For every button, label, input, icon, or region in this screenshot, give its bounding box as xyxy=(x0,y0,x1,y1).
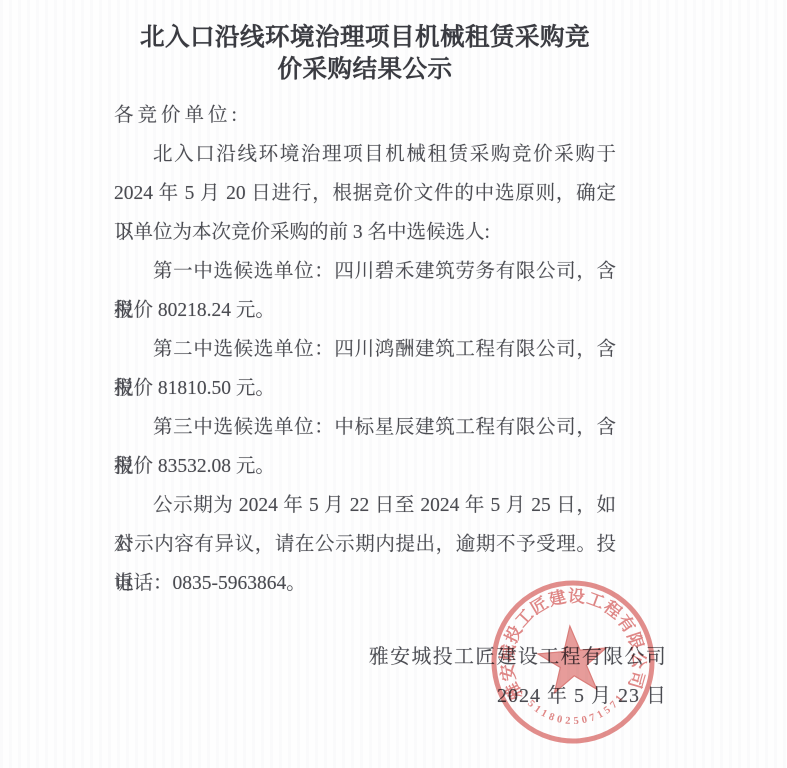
body-line: 第三中选候选单位：中标星辰建筑工程有限公司，含税 xyxy=(114,408,616,447)
title-line-2: 价采购结果公示 xyxy=(114,54,616,86)
body-lines: 北入口沿线环境治理项目机械租赁采购竞价采购于2024 年 5 月 20 日进行，… xyxy=(114,135,616,603)
title-line-1: 北入口沿线环境治理项目机械租赁采购竞 xyxy=(114,22,616,54)
body-line: 公示期为 2024 年 5 月 22 日至 2024 年 5 月 25 日，如对 xyxy=(114,486,616,525)
signature-company: 雅安城投工匠建设工程有限公司 xyxy=(369,638,667,677)
document-body: 各竞价单位: 北入口沿线环境治理项目机械租赁采购竞价采购于2024 年 5 月 … xyxy=(114,96,616,603)
signature-block: 雅安城投工匠建设工程有限公司 2024 年 5 月 23 日 xyxy=(369,638,667,716)
signature-date: 2024 年 5 月 23 日 xyxy=(369,677,667,716)
body-line: 2024 年 5 月 20 日进行，根据竞价文件的中选原则，确定以 xyxy=(114,174,616,213)
body-line: 报价 81810.50 元。 xyxy=(114,369,616,408)
body-line: 第一中选候选单位：四川碧禾建筑劳务有限公司，含税 xyxy=(114,252,616,291)
document-title: 北入口沿线环境治理项目机械租赁采购竞 价采购结果公示 xyxy=(114,22,616,86)
body-line: 报价 80218.24 元。 xyxy=(114,291,616,330)
document-page: 北入口沿线环境治理项目机械租赁采购竞 价采购结果公示 各竞价单位: 北入口沿线环… xyxy=(0,0,787,768)
body-line: 第二中选候选单位：四川鸿酬建筑工程有限公司，含税 xyxy=(114,330,616,369)
body-line: 公示内容有异议，请在公示期内提出，逾期不予受理。投诉 xyxy=(114,525,616,564)
salutation-line: 各竞价单位: xyxy=(114,96,616,135)
body-line: 报价 83532.08 元。 xyxy=(114,447,616,486)
body-line: 北入口沿线环境治理项目机械租赁采购竞价采购于 xyxy=(114,135,616,174)
body-line: 电话：0835-5963864。 xyxy=(114,564,616,603)
body-line: 下单位为本次竞价采购的前 3 名中选候选人: xyxy=(114,213,616,252)
